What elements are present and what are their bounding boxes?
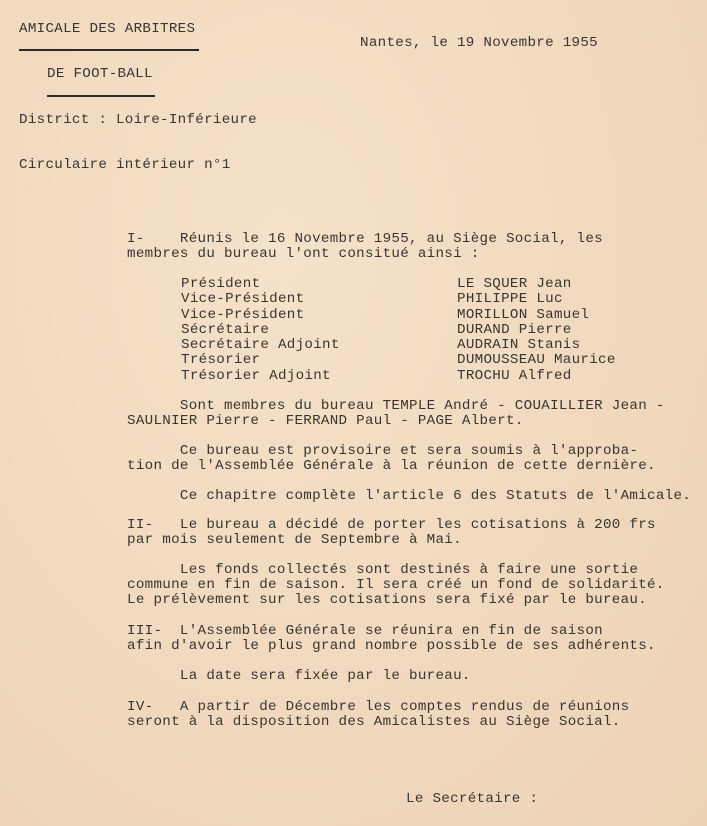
bureau-member-name: MORILLON Samuel <box>457 308 616 323</box>
bureau-role: Vice-Président <box>181 292 340 307</box>
members-line2: SAULNIER Pierre - FERRAND Paul - PAGE Al… <box>127 414 524 429</box>
bureau-roles: Président Vice-Président Vice-Président … <box>181 277 340 384</box>
article-line: Ce chapitre complète l'article 6 des Sta… <box>127 489 691 504</box>
bureau-role: Secrétaire Adjoint <box>181 338 340 353</box>
header-underline-1 <box>19 49 199 51</box>
bureau-member-name: PHILIPPE Luc <box>457 292 616 307</box>
members-line1: Sont membres du bureau TEMPLE André - CO… <box>127 399 665 414</box>
bureau-member-name: AUDRAIN Stanis <box>457 338 616 353</box>
funds-line2: commune en fin de saison. Il sera créé u… <box>127 578 665 593</box>
bureau-names: LE SQUER Jean PHILIPPE Luc MORILLON Samu… <box>457 277 616 384</box>
bureau-member-name: TROCHU Alfred <box>457 369 616 384</box>
org-name-line1: AMICALE DES ARBITRES <box>19 21 195 37</box>
provisional-line2: tion de l'Assemblée Générale à la réunio… <box>127 459 656 474</box>
section-1-intro-line2: membres du bureau l'ont consitué ainsi : <box>127 247 480 262</box>
section-2-line2: par mois seulement de Septembre à Mai. <box>127 533 462 548</box>
funds-line1: Les fonds collectés sont destinés à fair… <box>127 563 638 578</box>
bureau-member-name: LE SQUER Jean <box>457 277 616 292</box>
section-4-line1: IV- A partir de Décembre les comptes ren… <box>127 700 629 715</box>
bureau-role: Vice-Président <box>181 308 340 323</box>
section-1-intro-line1: I- Réunis le 16 Novembre 1955, au Siège … <box>127 232 603 247</box>
signature-label: Le Secrétaire : <box>406 791 538 807</box>
section-2-line1: II- Le bureau a décidé de porter les cot… <box>127 518 656 533</box>
provisional-line1: Ce bureau est provisoire et sera soumis … <box>127 444 638 459</box>
section-4-line2: seront à la disposition des Amicalistes … <box>127 715 621 730</box>
funds-line3: Le prélèvement sur les cotisations sera … <box>127 593 647 608</box>
bureau-role: Sécrétaire <box>181 323 340 338</box>
section-3-line1: III- L'Assemblée Générale se réunira en … <box>127 624 603 639</box>
org-name-line2: DE FOOT-BALL <box>47 66 153 82</box>
bureau-role: Trésorier Adjoint <box>181 369 340 384</box>
header-underline-2 <box>47 95 155 97</box>
bureau-member-name: DURAND Pierre <box>457 323 616 338</box>
section-3-line2: afin d'avoir le plus grand nombre possib… <box>127 639 656 654</box>
circular-title: Circulaire intérieur n°1 <box>19 157 231 173</box>
bureau-member-name: DUMOUSSEAU Maurice <box>457 353 616 368</box>
bureau-role: Président <box>181 277 340 292</box>
date-line: La date sera fixée par le bureau. <box>127 669 471 684</box>
place-date: Nantes, le 19 Novembre 1955 <box>360 35 598 51</box>
district-line: District : Loire-Inférieure <box>19 112 257 128</box>
bureau-role: Trésorier <box>181 353 340 368</box>
